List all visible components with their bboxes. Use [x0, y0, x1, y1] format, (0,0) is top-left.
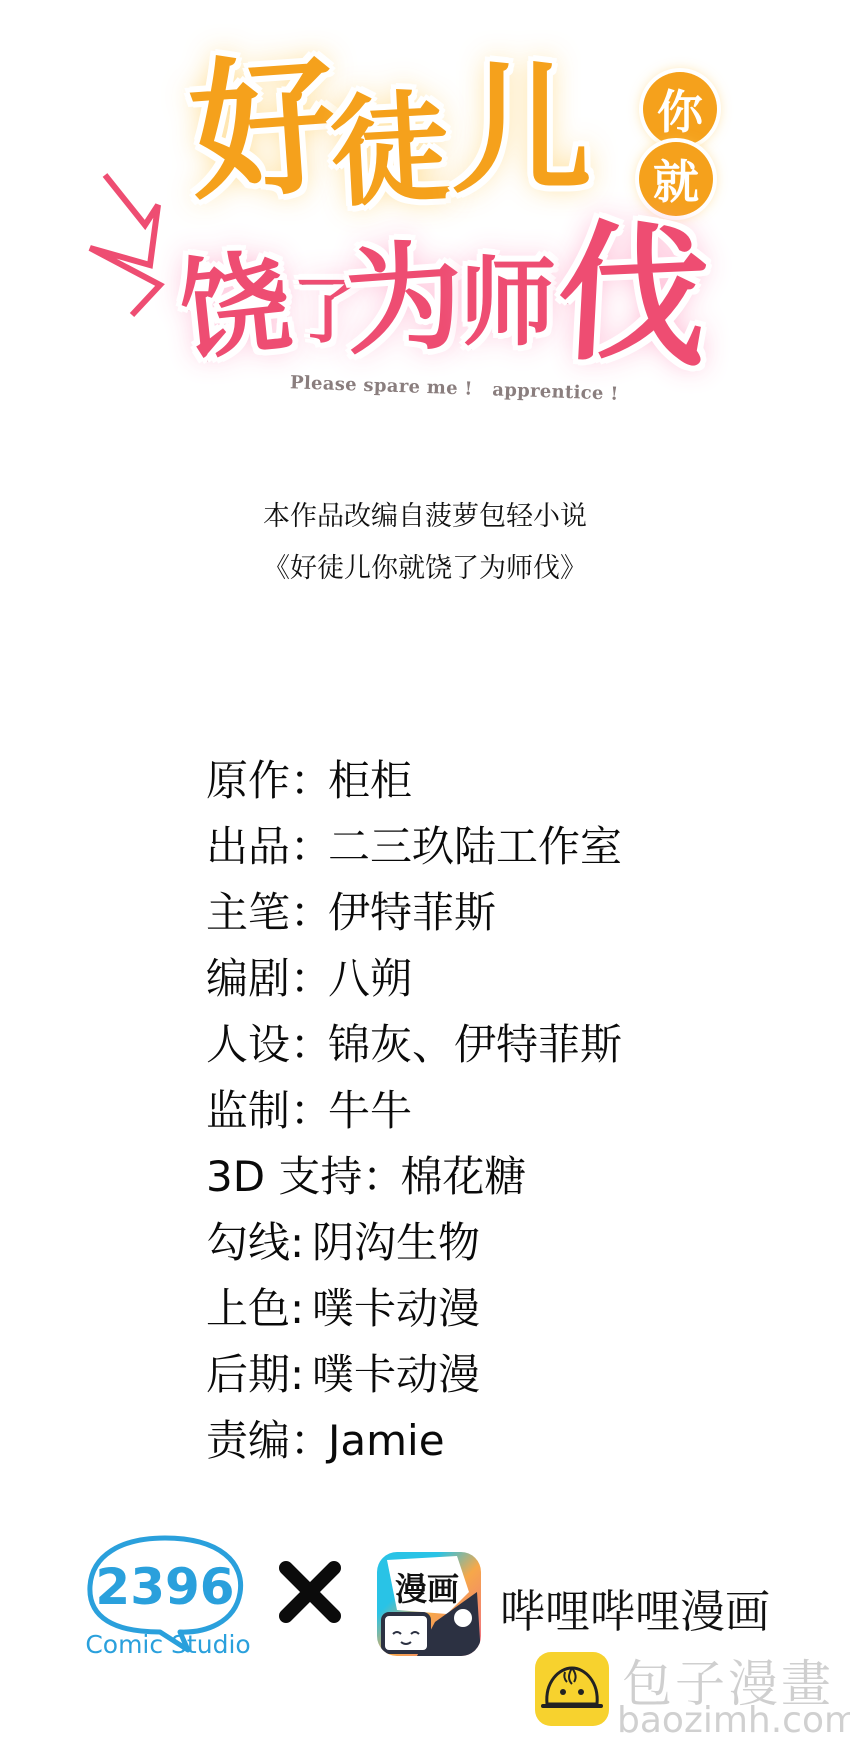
credit-row: 主笔：伊特菲斯 — [206, 888, 622, 954]
title-char: 饶 — [175, 247, 296, 368]
title-char: 为 — [341, 236, 467, 362]
credit-role: 后期 — [206, 1350, 290, 1400]
baozi-logo-icon — [535, 1652, 609, 1726]
credit-role: 原作 — [206, 756, 290, 806]
credit-row: 3D 支持：棉花糖 — [206, 1152, 622, 1218]
title-char: 好 — [185, 50, 345, 210]
credit-role: 勾线 — [206, 1218, 290, 1268]
credit-name: 伊特菲斯 — [328, 888, 496, 938]
svg-text:漫画: 漫画 — [395, 1570, 459, 1608]
cross-icon — [278, 1560, 342, 1624]
credit-role: 3D 支持 — [206, 1152, 362, 1202]
novel-title: 《好徒儿你就饶了为师伐》 — [0, 546, 850, 585]
watermark-domain: baozimh.com — [617, 1700, 850, 1741]
title-char: 徒 — [327, 89, 453, 215]
credit-name: 锦灰、伊特菲斯 — [328, 1020, 622, 1070]
credit-colon: : — [290, 1284, 312, 1334]
credit-colon: ： — [290, 1086, 328, 1136]
credit-name: 阴沟生物 — [312, 1218, 480, 1268]
credit-name: Jamie — [328, 1416, 445, 1466]
credit-role: 主笔 — [206, 888, 290, 938]
bilibili-mascot-icon: 漫画 — [377, 1552, 481, 1656]
badge-circle-jiu: 就 — [639, 142, 713, 216]
credit-row: 后期:噗卡动漫 — [206, 1350, 622, 1416]
credit-name: 二三玖陆工作室 — [328, 822, 622, 872]
credit-row: 编剧：八朔 — [206, 954, 622, 1020]
title-char: 伐 — [554, 218, 712, 376]
studio-number: 2396 — [95, 1558, 234, 1616]
burst-icon — [70, 170, 190, 320]
credit-row: 上色:噗卡动漫 — [206, 1284, 622, 1350]
adaptation-note: 本作品改编自菠萝包轻小说 — [0, 494, 850, 533]
title-char: 儿 — [452, 62, 592, 202]
credit-colon: ： — [290, 756, 328, 806]
credits-list: 原作：柜柜 出品：二三玖陆工作室 主笔：伊特菲斯 编剧：八朔 人设：锦灰、伊特菲… — [206, 756, 622, 1482]
credit-colon: : — [290, 1218, 312, 1268]
credit-name: 八朔 — [328, 954, 412, 1004]
credit-role: 上色 — [206, 1284, 290, 1334]
credit-colon: ： — [290, 822, 328, 872]
credit-role: 监制 — [206, 1086, 290, 1136]
credit-row: 责编：Jamie — [206, 1416, 622, 1482]
credit-name: 噗卡动漫 — [312, 1284, 480, 1334]
credit-role: 人设 — [206, 1020, 290, 1070]
credit-role: 责编 — [206, 1416, 290, 1466]
credit-row: 监制：牛牛 — [206, 1086, 622, 1152]
bilibili-comics-app-icon: 漫画 — [377, 1552, 481, 1656]
credit-name: 牛牛 — [328, 1086, 412, 1136]
credit-row: 出品：二三玖陆工作室 — [206, 822, 622, 888]
credit-row: 人设：锦灰、伊特菲斯 — [206, 1020, 622, 1086]
credit-colon: ： — [290, 1416, 328, 1466]
credit-colon: ： — [362, 1152, 400, 1202]
studio-label: Comic Studio — [78, 1630, 258, 1659]
credit-role: 编剧 — [206, 954, 290, 1004]
credit-name: 噗卡动漫 — [312, 1350, 480, 1400]
credit-role: 出品 — [206, 822, 290, 872]
credit-colon: ： — [290, 954, 328, 1004]
credit-row: 勾线:阴沟生物 — [206, 1218, 622, 1284]
credit-colon: : — [290, 1350, 312, 1400]
credit-colon: ： — [290, 1020, 328, 1070]
credit-row: 原作：柜柜 — [206, 756, 622, 822]
bilibili-comics-name: 哔哩哔哩漫画 — [500, 1575, 770, 1640]
credit-name: 棉花糖 — [400, 1152, 526, 1202]
credit-name: 柜柜 — [328, 756, 412, 806]
credit-colon: ： — [290, 888, 328, 938]
badge-circle-ni: 你 — [643, 72, 717, 146]
title-char: 师 — [460, 255, 556, 351]
